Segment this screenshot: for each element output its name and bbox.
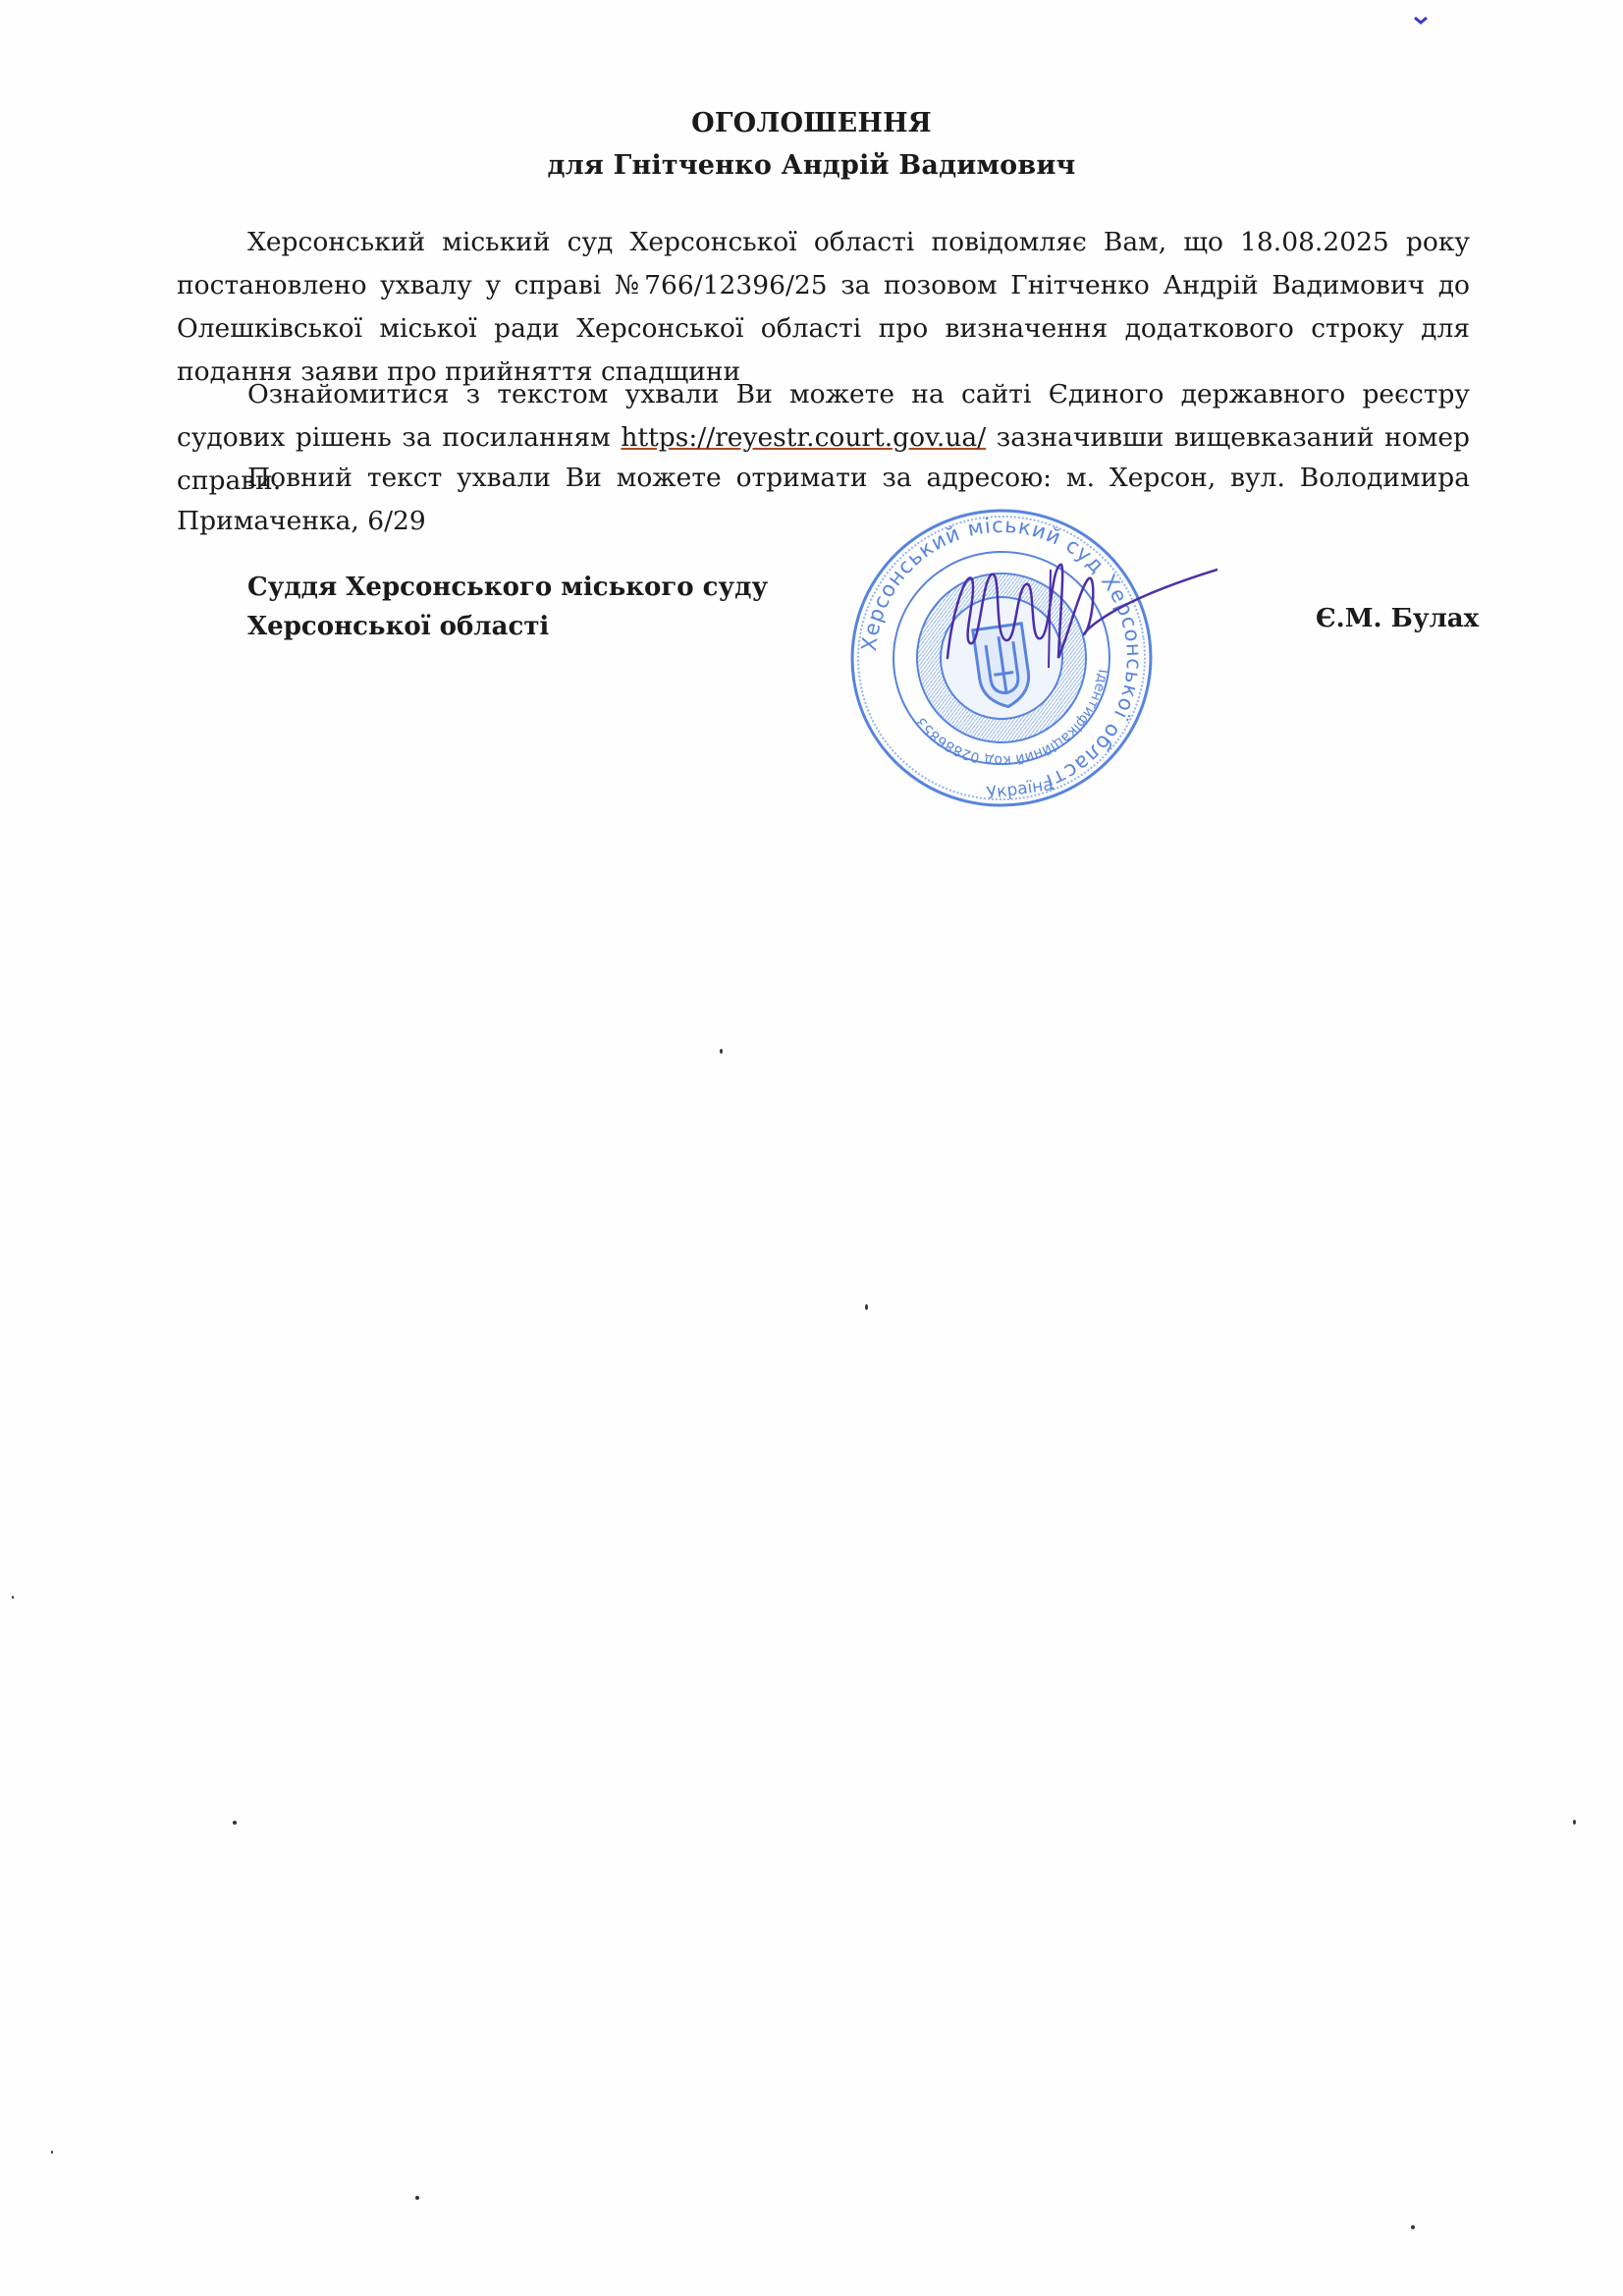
announcement-recipient: для Гнітченко Андрій Вадимович: [0, 150, 1623, 181]
paragraph-decision-text: Херсонський міський суд Херсонської обла…: [177, 227, 1470, 387]
registry-link[interactable]: https://reyestr.court.gov.ua/: [621, 422, 986, 453]
judge-name: Є.М. Булах: [1316, 599, 1479, 638]
document-page: ОГОЛОШЕННЯ для Гнітченко Андрій Вадимови…: [0, 0, 1623, 2296]
scan-speck: [415, 2196, 419, 2200]
judge-role-line1: Суддя Херсонського міського суду: [247, 568, 768, 607]
judge-role: Суддя Херсонського міського суду Херсонс…: [247, 568, 768, 646]
announcement-title: ОГОЛОШЕННЯ: [0, 108, 1623, 138]
scan-speck: [51, 2151, 53, 2154]
scan-speck: [1411, 2225, 1415, 2229]
signature-icon: [923, 550, 1217, 687]
scan-speck: [12, 1596, 14, 1599]
scan-speck: [720, 1049, 723, 1054]
paragraph-address-text: Повний текст ухвали Ви можете отримати з…: [177, 463, 1470, 536]
ink-mark: [1414, 10, 1428, 18]
scan-speck: [1573, 1820, 1576, 1825]
paragraph-address: Повний текст ухвали Ви можете отримати з…: [177, 457, 1470, 543]
scan-speck: [865, 1304, 868, 1310]
paragraph-decision: Херсонський міський суд Херсонської обла…: [177, 221, 1470, 394]
scan-speck: [233, 1821, 237, 1825]
judge-role-line2: Херсонської області: [247, 607, 768, 646]
